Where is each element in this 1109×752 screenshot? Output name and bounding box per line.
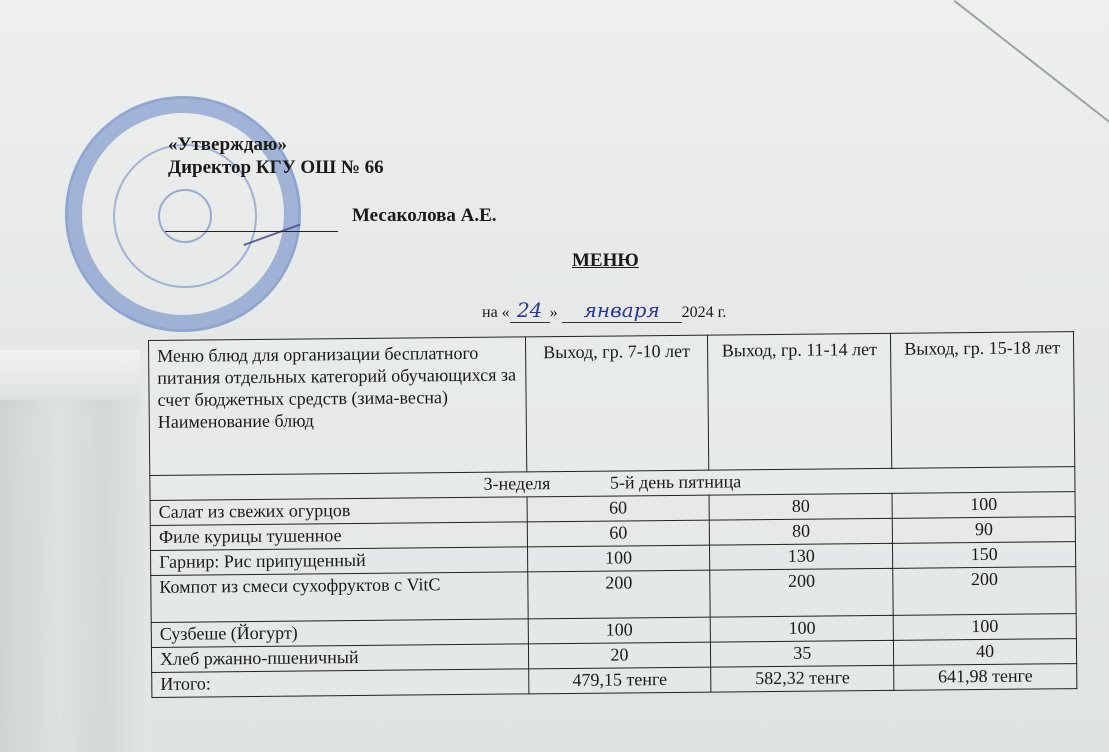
- dish-name: Хлеб ржанно-пшеничный: [151, 644, 528, 673]
- date-day: 24: [510, 298, 550, 323]
- portion-value: 150: [893, 542, 1076, 569]
- director-name: Месаколова А.Е.: [352, 205, 497, 227]
- total-label: Итого:: [152, 669, 529, 698]
- day-label: 5-й день пятница: [610, 471, 741, 492]
- emblem-icon: [158, 189, 212, 243]
- portion-value: 130: [710, 543, 893, 570]
- portion-value: 100: [527, 545, 710, 572]
- total-value: 582,32 тенге: [711, 665, 894, 692]
- date-month: января: [562, 298, 682, 323]
- date-suffix: 2024 г.: [682, 304, 727, 321]
- approve-label: «Утверждаю»: [168, 133, 384, 156]
- portion-value: 200: [527, 570, 710, 619]
- portion-value: 100: [711, 615, 894, 642]
- dish-name: Компот из смеси сухофруктов с VitC: [151, 572, 528, 623]
- portion-value: 200: [710, 568, 893, 617]
- dish-name: Сузбеше (Йогурт): [151, 619, 528, 648]
- dish-name: Салат из свежих огурцов: [150, 497, 527, 526]
- portion-value: 100: [893, 614, 1076, 641]
- dish-name: Филе курицы тушенное: [150, 522, 527, 551]
- portion-value: 35: [711, 640, 894, 667]
- menu-table: Меню блюд для организации бесплатного пи…: [148, 331, 1077, 698]
- portion-value: 20: [528, 642, 711, 669]
- approval-block: «Утверждаю» Директор КГУ ОШ № 66: [168, 133, 384, 179]
- signature-line: [165, 231, 338, 232]
- header-col-7-10: Выход, гр. 7-10 лет: [525, 335, 709, 472]
- menu-date: на «24» января2024 г.: [482, 298, 726, 323]
- week-label: 3-неделя: [483, 472, 550, 495]
- portion-value: 100: [528, 617, 711, 644]
- header-col-11-14: Выход, гр. 11-14 лет: [708, 333, 892, 470]
- total-value: 479,15 тенге: [528, 667, 711, 694]
- portion-value: 90: [892, 517, 1075, 544]
- portion-value: 60: [527, 495, 710, 522]
- portion-value: 80: [709, 493, 892, 520]
- header-col-15-18: Выход, гр. 15-18 лет: [891, 332, 1075, 469]
- portion-value: 60: [527, 520, 710, 547]
- dish-name: Гарнир: Рис припущенный: [151, 547, 528, 576]
- header-name: Меню блюд для организации бесплатного пи…: [149, 337, 527, 476]
- paper-edge: [954, 0, 1109, 137]
- page-title: МЕНЮ: [572, 250, 639, 272]
- portion-value: 200: [893, 567, 1076, 616]
- total-value: 641,98 тенге: [894, 664, 1077, 691]
- portion-value: 100: [892, 492, 1075, 519]
- portion-value: 80: [710, 518, 893, 545]
- portion-value: 40: [894, 639, 1077, 666]
- light-reflection: [0, 400, 150, 752]
- date-mid: »: [550, 304, 558, 321]
- date-prefix: на «: [482, 304, 510, 321]
- director-title: Директор КГУ ОШ № 66: [168, 156, 384, 179]
- table-header: Меню блюд для организации бесплатного пи…: [149, 332, 1075, 476]
